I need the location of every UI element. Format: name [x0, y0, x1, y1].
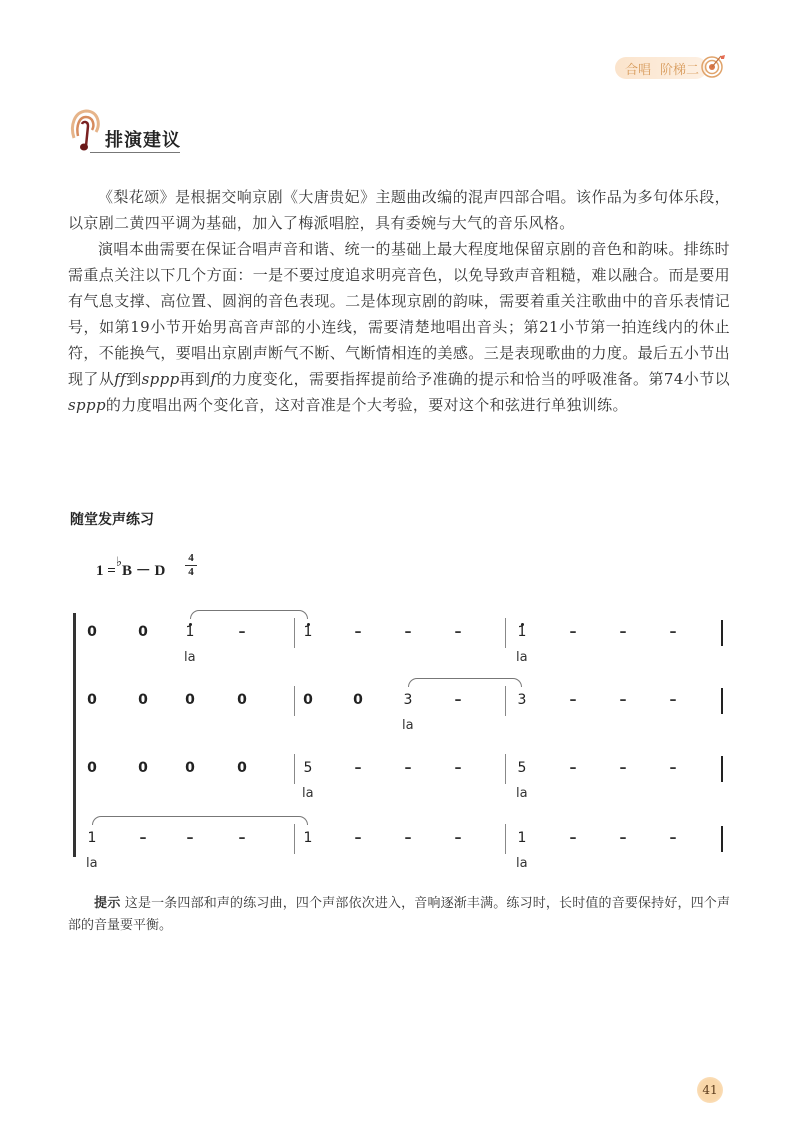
- duration-dash: –: [351, 624, 365, 640]
- note: 0: [85, 624, 99, 640]
- note: 1: [515, 624, 529, 640]
- note: 0: [183, 692, 197, 708]
- barline: [505, 754, 506, 784]
- duration-dash: –: [616, 830, 630, 846]
- slur: [408, 678, 522, 687]
- system-bracket: [73, 613, 76, 857]
- time-signature: 4 4: [185, 553, 197, 578]
- octave-dot: [307, 623, 310, 626]
- note: 0: [85, 760, 99, 776]
- duration-dash: –: [566, 830, 580, 846]
- note: 1: [85, 830, 99, 846]
- duration-dash: –: [401, 830, 415, 846]
- end-barline: [721, 688, 723, 714]
- duration-dash: –: [401, 624, 415, 640]
- end-barline: [721, 756, 723, 782]
- barline: [294, 618, 295, 648]
- end-barline: [721, 620, 723, 646]
- barline: [505, 824, 506, 854]
- paragraph-rehearsal: 演唱本曲需要在保证合唱声音和谐、统一的基础上最大程度地保留京剧的音色和韵味。排练…: [68, 236, 730, 418]
- ear-icon: [68, 108, 104, 154]
- note: 0: [351, 692, 365, 708]
- duration-dash: –: [566, 692, 580, 708]
- note: 0: [183, 760, 197, 776]
- body-text: 《梨花颂》是根据交响京剧《大唐贵妃》主题曲改编的混声四部合唱。该作品为多句体乐段…: [68, 184, 730, 418]
- duration-dash: –: [666, 830, 680, 846]
- duration-dash: –: [451, 692, 465, 708]
- note: 0: [235, 692, 249, 708]
- barline: [294, 824, 295, 854]
- slur: [190, 610, 308, 619]
- duration-dash: –: [451, 760, 465, 776]
- duration-dash: –: [566, 624, 580, 640]
- hint-caption: 提示 这是一条四部和声的练习曲，四个声部依次进入，音响逐渐丰满。练习时，长时值的…: [68, 893, 730, 937]
- note: 1: [515, 830, 529, 846]
- duration-dash: –: [616, 760, 630, 776]
- duration-dash: –: [451, 624, 465, 640]
- key-signature: 1 =♭B － D: [96, 559, 165, 580]
- barline: [505, 686, 506, 716]
- hint-label: 提示: [94, 896, 120, 911]
- note: 5: [301, 760, 315, 776]
- end-barline: [721, 826, 723, 852]
- page-number: 41: [697, 1083, 723, 1097]
- section-title: 排演建议: [105, 126, 181, 152]
- octave-dot: [189, 623, 192, 626]
- note: 0: [301, 692, 315, 708]
- note: 3: [401, 692, 415, 708]
- duration-dash: –: [351, 830, 365, 846]
- lyric: la: [402, 718, 414, 733]
- slur: [92, 816, 308, 825]
- chapter-label: 合唱: [625, 59, 651, 78]
- hint-text: 这是一条四部和声的练习曲，四个声部依次进入，音响逐渐丰满。练习时，长时值的音要保…: [68, 896, 730, 933]
- duration-dash: –: [451, 830, 465, 846]
- note: 1: [301, 830, 315, 846]
- barline: [294, 686, 295, 716]
- barline: [294, 754, 295, 784]
- lyric: la: [516, 786, 528, 801]
- note: 0: [235, 760, 249, 776]
- level-label: 阶梯二: [660, 59, 699, 78]
- duration-dash: –: [666, 692, 680, 708]
- note: 5: [515, 760, 529, 776]
- note: 1: [301, 624, 315, 640]
- note: 1: [183, 624, 197, 640]
- exercise-title: 随堂发声练习: [70, 509, 154, 529]
- duration-dash: –: [666, 760, 680, 776]
- duration-dash: –: [616, 624, 630, 640]
- lyric: la: [86, 856, 98, 871]
- duration-dash: –: [183, 830, 197, 846]
- octave-dot: [521, 623, 524, 626]
- note: 3: [515, 692, 529, 708]
- duration-dash: –: [616, 692, 630, 708]
- lyric: la: [516, 856, 528, 871]
- title-underline: [90, 152, 180, 153]
- paragraph-intro: 《梨花颂》是根据交响京剧《大唐贵妃》主题曲改编的混声四部合唱。该作品为多句体乐段…: [68, 184, 730, 236]
- duration-dash: –: [401, 760, 415, 776]
- duration-dash: –: [235, 830, 249, 846]
- duration-dash: –: [235, 624, 249, 640]
- lyric: la: [516, 650, 528, 665]
- target-flag-icon: [700, 53, 726, 79]
- duration-dash: –: [566, 760, 580, 776]
- duration-dash: –: [136, 830, 150, 846]
- note: 0: [136, 760, 150, 776]
- note: 0: [85, 692, 99, 708]
- note: 0: [136, 624, 150, 640]
- duration-dash: –: [666, 624, 680, 640]
- lyric: la: [184, 650, 196, 665]
- barline: [505, 618, 506, 648]
- note: 0: [136, 692, 150, 708]
- lyric: la: [302, 786, 314, 801]
- duration-dash: –: [351, 760, 365, 776]
